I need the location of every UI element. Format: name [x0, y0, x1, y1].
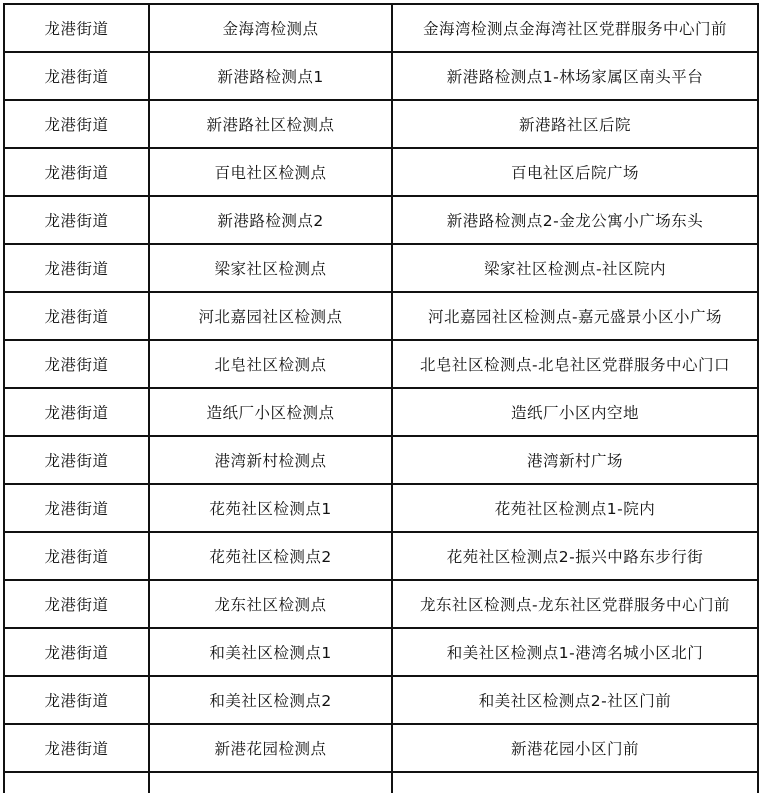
table-row: 龙港街道 和美社区检测点1 和美社区检测点1-港湾名城小区北门: [4, 628, 758, 676]
site-name-cell: 和美社区检测点1: [149, 628, 392, 676]
site-location-cell: 和美社区检测点2-社区门前: [392, 676, 758, 724]
site-location-cell: 新港路社区后院: [392, 100, 758, 148]
site-location-cell: 和美社区检测点1-港湾名城小区北门: [392, 628, 758, 676]
site-name-cell: 新港路检测点1: [149, 52, 392, 100]
table-row: 龙港街道 造纸厂小区检测点 造纸厂小区内空地: [4, 388, 758, 436]
site-name-cell: 新港路检测点2: [149, 196, 392, 244]
site-location-cell: 花苑社区检测点1-院内: [392, 484, 758, 532]
site-name-cell: 梁家社区检测点: [149, 244, 392, 292]
site-location-cell: 新港路检测点1-林场家属区南头平台: [392, 52, 758, 100]
site-location-cell: 河北嘉园社区检测点-嘉元盛景小区小广场: [392, 292, 758, 340]
street-cell: 龙港街道: [4, 484, 149, 532]
street-cell: 龙港街道: [4, 148, 149, 196]
street-cell: 龙港街道: [4, 52, 149, 100]
table-row: 龙港街道 和美社区检测点2 和美社区检测点2-社区门前: [4, 676, 758, 724]
table-row: 龙港街道 花苑社区检测点1 花苑社区检测点1-院内: [4, 484, 758, 532]
site-name-cell: 和美社区检测点2: [149, 676, 392, 724]
site-name-cell: 新港花园检测点: [149, 724, 392, 772]
site-location-cell: 花苑社区检测点2-振兴中路东步行街: [392, 532, 758, 580]
street-cell: 龙港街道: [4, 196, 149, 244]
table-row: 龙港街道 新港路检测点1 新港路检测点1-林场家属区南头平台: [4, 52, 758, 100]
site-name-cell: 河北嘉园社区检测点: [149, 292, 392, 340]
site-location-cell: 梁家社区检测点-社区院内: [392, 244, 758, 292]
table-row: 龙港街道 新港路社区检测点 新港路社区后院: [4, 100, 758, 148]
street-cell: 龙港街道: [4, 532, 149, 580]
site-name-cell: 北皂社区检测点: [149, 340, 392, 388]
site-name-cell: 金海湾检测点: [149, 4, 392, 52]
street-cell: 龙港街道: [4, 292, 149, 340]
site-name-cell: 花苑社区检测点1: [149, 484, 392, 532]
testing-sites-table-container: 龙港街道 金海湾检测点 金海湾检测点金海湾社区党群服务中心门前 龙港街道 新港路…: [3, 3, 759, 793]
testing-sites-table: 龙港街道 金海湾检测点 金海湾检测点金海湾社区党群服务中心门前 龙港街道 新港路…: [3, 3, 759, 793]
site-location-cell-empty: [392, 772, 758, 793]
site-location-cell: 龙东社区检测点-龙东社区党群服务中心门前: [392, 580, 758, 628]
table-row: 龙港街道 梁家社区检测点 梁家社区检测点-社区院内: [4, 244, 758, 292]
table-row: 龙港街道 新港路检测点2 新港路检测点2-金龙公寓小广场东头: [4, 196, 758, 244]
street-cell: 龙港街道: [4, 580, 149, 628]
table-row: 龙港街道 金海湾检测点 金海湾检测点金海湾社区党群服务中心门前: [4, 4, 758, 52]
table-row: 龙港街道 龙东社区检测点 龙东社区检测点-龙东社区党群服务中心门前: [4, 580, 758, 628]
street-cell-empty: [4, 772, 149, 793]
site-name-cell: 花苑社区检测点2: [149, 532, 392, 580]
street-cell: 龙港街道: [4, 628, 149, 676]
table-row: 龙港街道 新港花园检测点 新港花园小区门前: [4, 724, 758, 772]
site-name-cell-empty: [149, 772, 392, 793]
site-location-cell: 港湾新村广场: [392, 436, 758, 484]
site-location-cell: 造纸厂小区内空地: [392, 388, 758, 436]
street-cell: 龙港街道: [4, 4, 149, 52]
table-row: 龙港街道 河北嘉园社区检测点 河北嘉园社区检测点-嘉元盛景小区小广场: [4, 292, 758, 340]
site-name-cell: 新港路社区检测点: [149, 100, 392, 148]
site-name-cell: 龙东社区检测点: [149, 580, 392, 628]
street-cell: 龙港街道: [4, 244, 149, 292]
street-cell: 龙港街道: [4, 100, 149, 148]
street-cell: 龙港街道: [4, 388, 149, 436]
site-location-cell: 百电社区后院广场: [392, 148, 758, 196]
table-row-partial: [4, 772, 758, 793]
street-cell: 龙港街道: [4, 676, 149, 724]
site-location-cell: 新港路检测点2-金龙公寓小广场东头: [392, 196, 758, 244]
site-location-cell: 金海湾检测点金海湾社区党群服务中心门前: [392, 4, 758, 52]
table-row: 龙港街道 百电社区检测点 百电社区后院广场: [4, 148, 758, 196]
table-row: 龙港街道 港湾新村检测点 港湾新村广场: [4, 436, 758, 484]
table-row: 龙港街道 花苑社区检测点2 花苑社区检测点2-振兴中路东步行街: [4, 532, 758, 580]
site-location-cell: 新港花园小区门前: [392, 724, 758, 772]
table-row: 龙港街道 北皂社区检测点 北皂社区检测点-北皂社区党群服务中心门口: [4, 340, 758, 388]
site-name-cell: 造纸厂小区检测点: [149, 388, 392, 436]
site-name-cell: 百电社区检测点: [149, 148, 392, 196]
street-cell: 龙港街道: [4, 724, 149, 772]
site-location-cell: 北皂社区检测点-北皂社区党群服务中心门口: [392, 340, 758, 388]
street-cell: 龙港街道: [4, 340, 149, 388]
street-cell: 龙港街道: [4, 436, 149, 484]
site-name-cell: 港湾新村检测点: [149, 436, 392, 484]
